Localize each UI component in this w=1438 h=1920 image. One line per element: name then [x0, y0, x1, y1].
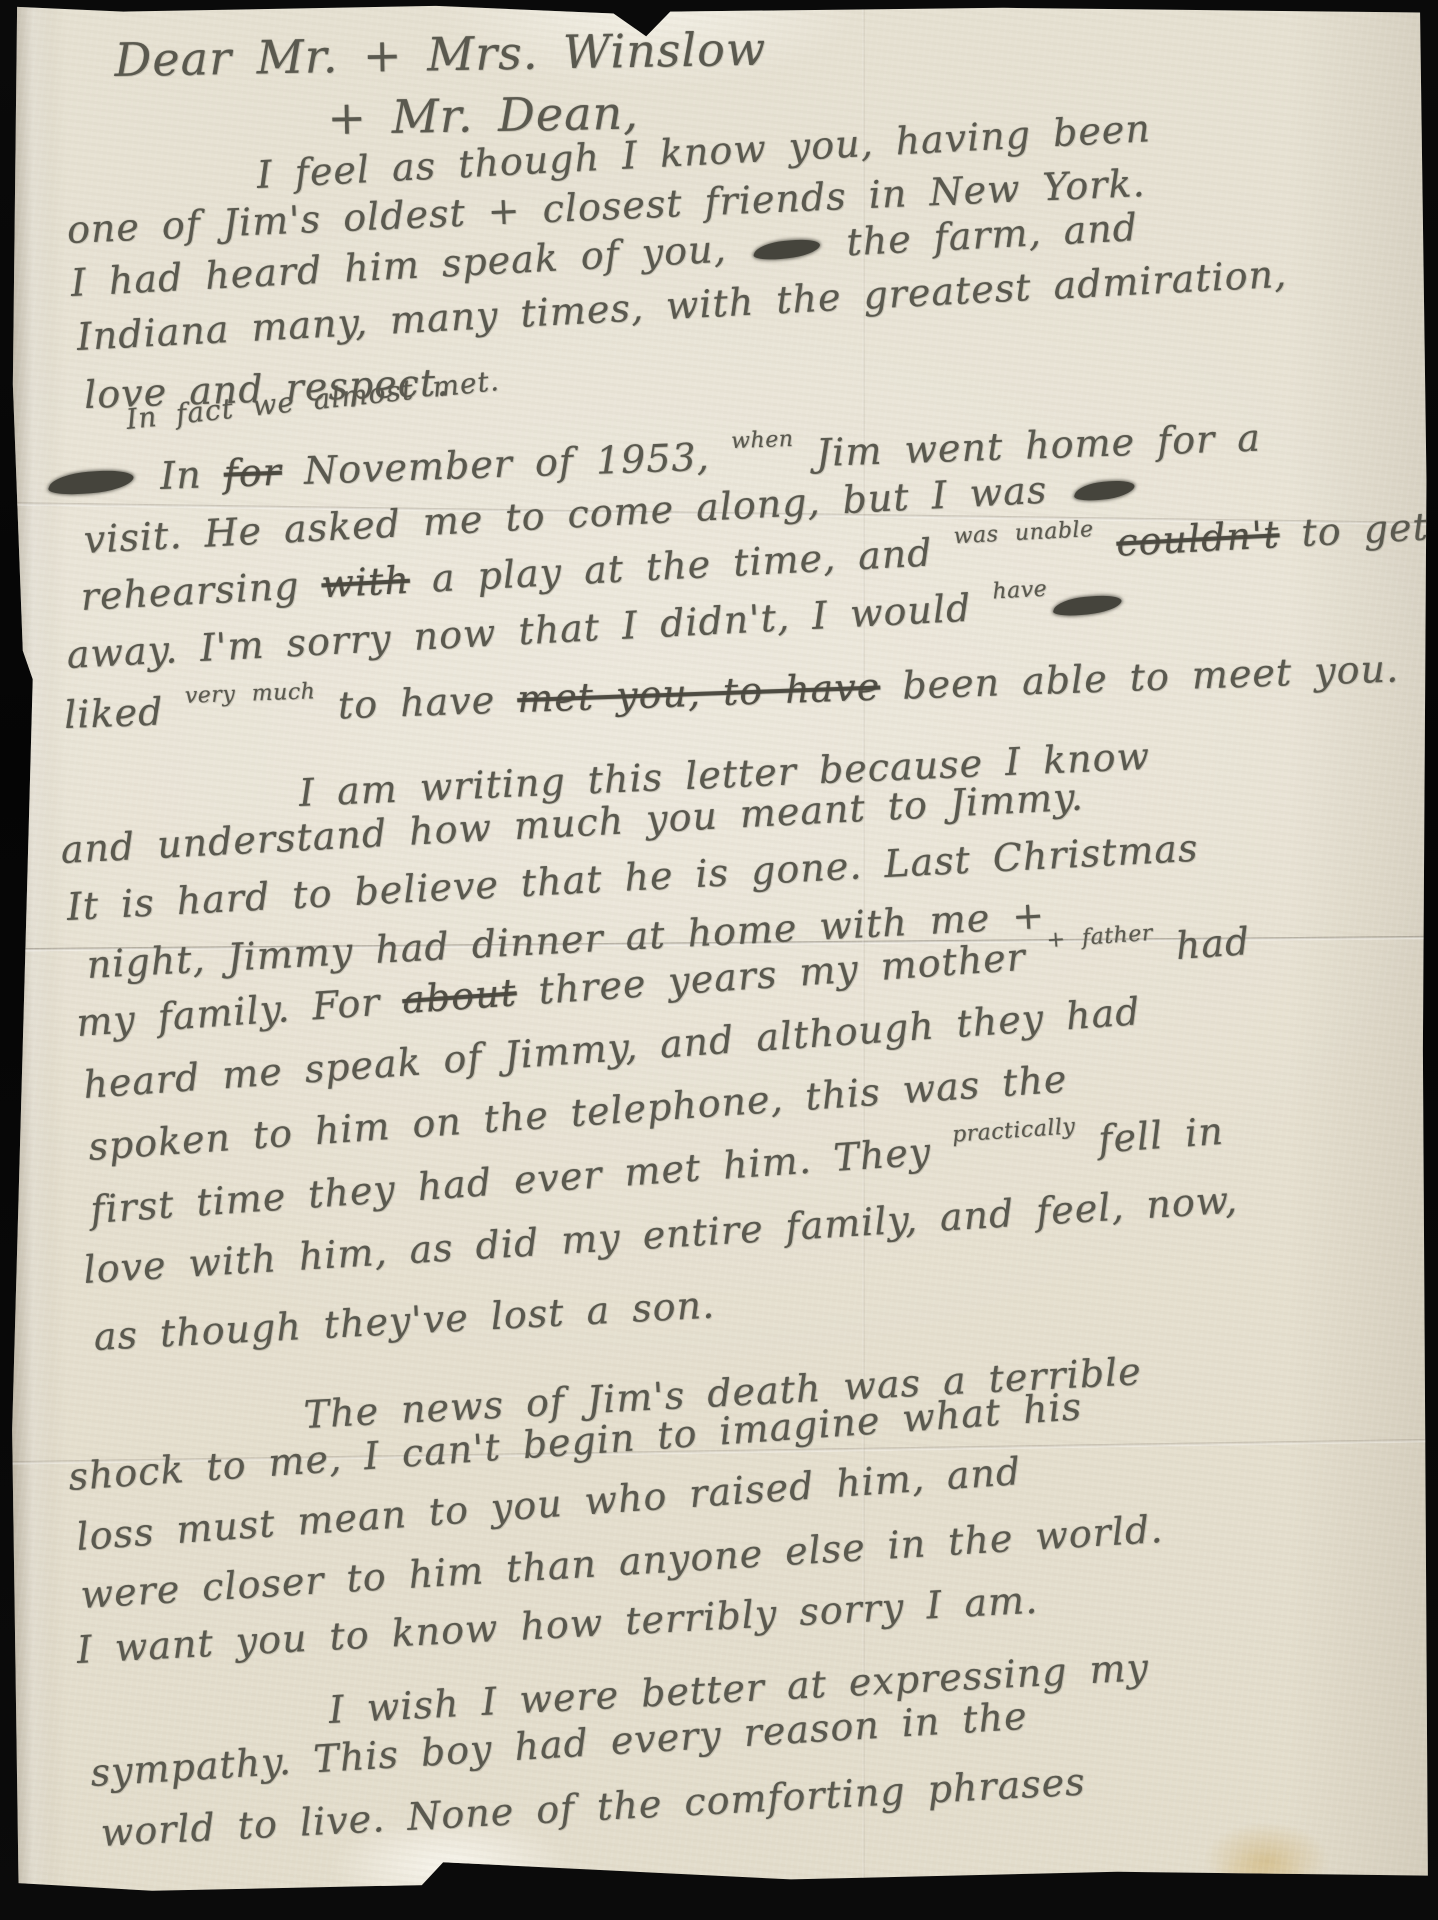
- handwritten-text: In: [137, 452, 224, 499]
- handwritten-text: Jim went home for a: [793, 416, 1261, 476]
- handwritten-text: November of 1953,: [281, 434, 732, 494]
- handwritten-text: to have: [315, 677, 518, 728]
- struck-out-text: about: [401, 970, 518, 1022]
- pencil-scribble-mark: [751, 237, 823, 261]
- handwritten-text: Dear Mr. + Mrs. Winslow: [114, 22, 767, 87]
- handwritten-text: rehearsing: [80, 562, 323, 619]
- struck-out-text: couldn't: [1115, 512, 1280, 564]
- pencil-scribble-mark: [45, 468, 137, 496]
- inserted-above-text: very much: [184, 679, 315, 709]
- handwritten-text: to get: [1278, 504, 1429, 556]
- letter-line: Dear Mr. + Mrs. Winslow: [114, 23, 767, 87]
- handwritten-text: had: [1152, 919, 1251, 970]
- pencil-scribble-mark: [1072, 478, 1138, 501]
- letter-page: Dear Mr. + Mrs. Winslow+ Mr. Dean,I feel…: [10, 4, 1430, 1906]
- inserted-above-text: have: [992, 577, 1048, 605]
- struck-out-text: with: [320, 558, 411, 607]
- struck-out-text: for: [223, 450, 283, 496]
- struck-out-text: met you, to have: [516, 665, 880, 722]
- handwritten-text: my family. For: [75, 978, 404, 1045]
- handwritten-text: fell in: [1075, 1109, 1225, 1163]
- letter-line: as though they've lost a son.: [93, 1284, 716, 1360]
- handwritten-text: [1093, 521, 1117, 566]
- inserted-above-text: + father: [1046, 921, 1154, 954]
- inserted-above-text: practically: [951, 1114, 1076, 1148]
- inserted-above-text: when: [731, 427, 794, 455]
- handwritten-text: as though they've lost a son.: [93, 1283, 716, 1359]
- inserted-above-text: was unable: [953, 517, 1094, 550]
- handwritten-text: liked: [63, 689, 186, 737]
- pencil-scribble-mark: [1050, 593, 1124, 617]
- handwritten-text: been able to meet you.: [879, 646, 1399, 708]
